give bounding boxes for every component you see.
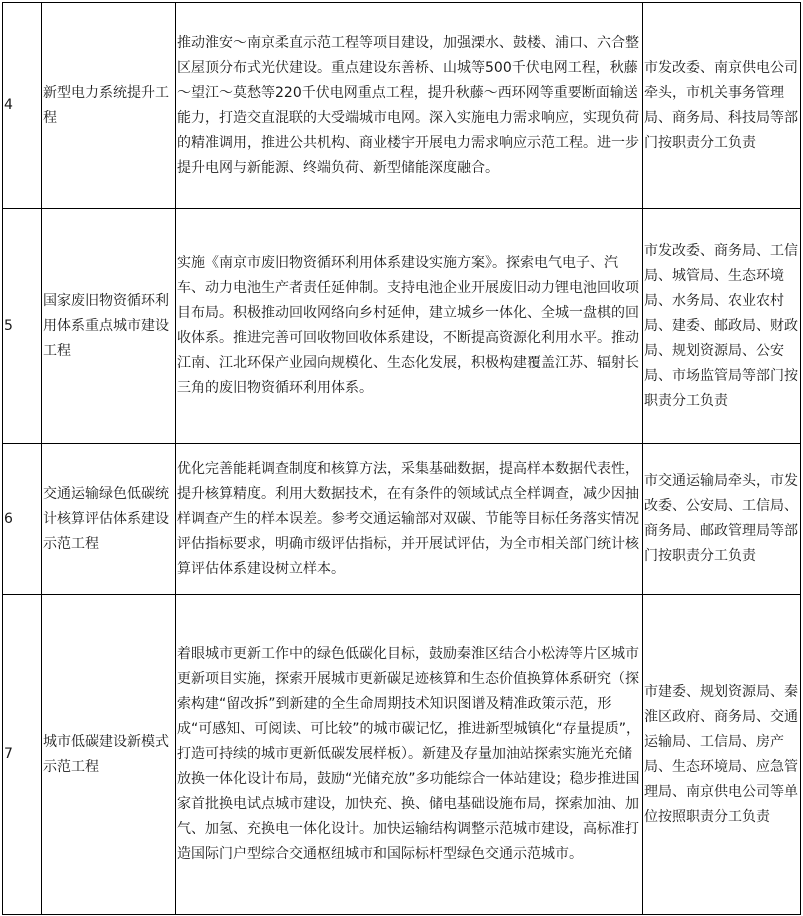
- responsible-departments: 市交通运输局牵头，市发改委、公安局、工信局、商务局、邮政管理局等部门按职责分工负…: [643, 444, 801, 595]
- project-name: 新型电力系统提升工程: [42, 3, 176, 209]
- responsible-departments: 市建委、规划资源局、秦淮区政府、商务局、交通运输局、工信局、房产局、生态环境局、…: [643, 595, 801, 915]
- project-name: 国家废旧物资循环利用体系重点城市建设工程: [42, 209, 176, 444]
- row-number: 7: [3, 595, 42, 915]
- project-content: 实施《南京市废旧物资循环利用体系建设实施方案》。探索电气电子、汽车、动力电池生产…: [176, 209, 643, 444]
- project-content: 推动淮安～南京柔直示范工程等项目建设，加强溧水、鼓楼、浦口、六合整区屋顶分布式光…: [176, 3, 643, 209]
- project-name: 交通运输绿色低碳统计核算评估体系建设示范工程: [42, 444, 176, 595]
- table-row: 5 国家废旧物资循环利用体系重点城市建设工程 实施《南京市废旧物资循环利用体系建…: [3, 209, 801, 444]
- project-name: 城市低碳建设新模式示范工程: [42, 595, 176, 915]
- table-row: 4 新型电力系统提升工程 推动淮安～南京柔直示范工程等项目建设，加强溧水、鼓楼、…: [3, 3, 801, 209]
- table-row: 6 交通运输绿色低碳统计核算评估体系建设示范工程 优化完善能耗调查制度和核算方法…: [3, 444, 801, 595]
- table-row: 7 城市低碳建设新模式示范工程 着眼城市更新工作中的绿色低碳化目标，鼓励秦淮区结…: [3, 595, 801, 915]
- row-number: 6: [3, 444, 42, 595]
- responsible-departments: 市发改委、南京供电公司牵头，市机关事务管理局、商务局、科技局等部门按职责分工负责: [643, 3, 801, 209]
- row-number: 4: [3, 3, 42, 209]
- row-number: 5: [3, 209, 42, 444]
- project-content: 优化完善能耗调查制度和核算方法，采集基础数据，提高样本数据代表性，提升核算精度。…: [176, 444, 643, 595]
- project-content: 着眼城市更新工作中的绿色低碳化目标，鼓励秦淮区结合小松涛等片区城市更新项目实施，…: [176, 595, 643, 915]
- responsible-departments: 市发改委、商务局、工信局、城管局、生态环境局、水务局、农业农村局、建委、邮政局、…: [643, 209, 801, 444]
- project-table: 4 新型电力系统提升工程 推动淮安～南京柔直示范工程等项目建设，加强溧水、鼓楼、…: [2, 2, 801, 915]
